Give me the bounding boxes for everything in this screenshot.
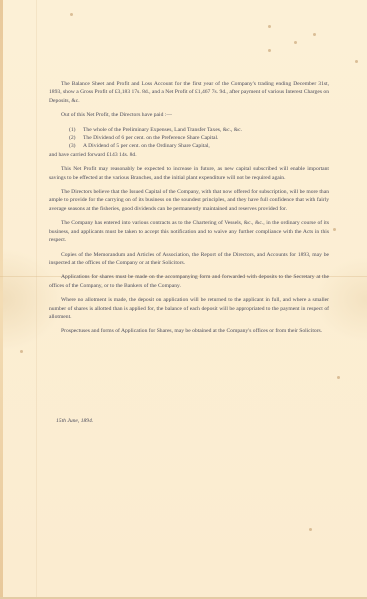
paper-left-edge	[0, 0, 3, 599]
paragraph-net-profit-intro: Out of this Net Profit, the Directors ha…	[49, 111, 329, 119]
document-body: The Balance Sheet and Profit and Loss Ac…	[49, 80, 329, 342]
list-item: (2)The Dividend of 6 per cent. on the Pr…	[49, 134, 329, 142]
paragraph-directors-belief: The Directors believe that the Issued Ca…	[49, 188, 329, 213]
list-number: (1)	[69, 126, 83, 134]
paragraph-applications: Applications for shares must be made on …	[49, 273, 329, 290]
foxing-spot	[333, 228, 336, 231]
list-item: (3)A Dividend of 5 per cent. on the Ordi…	[49, 142, 329, 150]
paragraph-prospectuses: Prospectuses and forms of Application fo…	[49, 327, 329, 335]
foxing-spot	[337, 376, 340, 379]
paragraph-carried-forward: and have carried forward £143 14s. 8d.	[49, 151, 329, 159]
list-text: A Dividend of 5 per cent. on the Ordinar…	[83, 143, 210, 149]
paragraph-allotment: Where no allotment is made, the deposit …	[49, 296, 329, 321]
foxing-spot	[309, 528, 312, 531]
list-text: The Dividend of 6 per cent. on the Prefe…	[83, 135, 218, 141]
paragraph-copies: Copies of the Memorandum and Articles of…	[49, 251, 329, 268]
foxing-spot	[355, 60, 358, 63]
list-number: (3)	[69, 142, 83, 150]
foxing-spot	[70, 13, 73, 16]
document-date: 15th June, 1894.	[56, 418, 93, 424]
foxing-spot	[20, 350, 23, 353]
vertical-crease	[36, 0, 37, 599]
foxing-spot	[294, 41, 297, 44]
foxing-spot	[268, 49, 271, 52]
list-item: (1)The whole of the Preliminary Expenses…	[49, 126, 329, 134]
paragraph-balance-sheet: The Balance Sheet and Profit and Loss Ac…	[49, 80, 329, 105]
foxing-spot	[313, 33, 316, 36]
list-text: The whole of the Preliminary Expenses, L…	[83, 127, 242, 133]
paragraph-future-profit: This Net Profit may reasonably be expect…	[49, 165, 329, 182]
foxing-spot	[268, 25, 271, 28]
paragraph-contracts: The Company has entered into various con…	[49, 219, 329, 244]
list-number: (2)	[69, 134, 83, 142]
